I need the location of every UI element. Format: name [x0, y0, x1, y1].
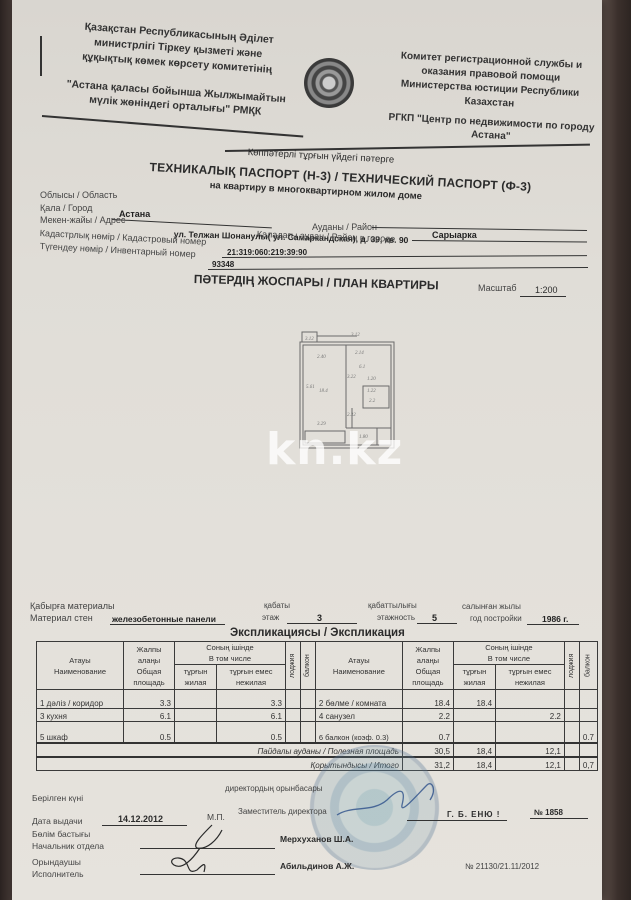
- result-balcony: 0,7: [579, 757, 597, 771]
- useful-balcony: [579, 743, 597, 757]
- row-living: [453, 709, 495, 722]
- row-loggia: [564, 709, 579, 722]
- year-label-ru: год постройки: [470, 614, 522, 623]
- city-underline: [112, 219, 272, 228]
- col-incl-header: Соның ішінде В том числе: [175, 642, 286, 665]
- technical-passport-document: Қазақстан Республикасының Әділет министр…: [12, 0, 602, 900]
- plan-annotation: 5.61: [306, 385, 315, 390]
- useful-nonliving: 12,1: [496, 743, 565, 757]
- row-balcony: [300, 722, 315, 744]
- scale-underline: [520, 296, 566, 297]
- executor-label-kz: Орындаушы: [32, 857, 81, 867]
- signature-icon: [152, 820, 242, 880]
- row-name: 3 кухня: [37, 709, 124, 722]
- wall-material-label-kz: Қабырға материалы: [30, 601, 114, 611]
- row-name: 6 балкон (коэф. 0.3): [315, 722, 402, 744]
- row-name: 2 бөлме / комната: [315, 690, 402, 709]
- head-name: Мерхуханов Ш.А.: [280, 834, 353, 844]
- stamp-number: № 1858: [534, 808, 563, 817]
- plan-annotation: 3.12: [305, 337, 314, 342]
- col-balcony-header-right: балкон: [579, 642, 597, 690]
- total-row: Қорытындысы / Итого 31,2 18,4 12,1 0,7: [37, 757, 598, 771]
- col-name-header-right: Атауы Наименование: [315, 642, 402, 690]
- row-loggia: [285, 722, 300, 744]
- year-label-kz: салынған жылы: [462, 602, 521, 611]
- row-nonliving: [496, 722, 565, 744]
- row-loggia: [564, 690, 579, 709]
- col-balcony-header: балкон: [300, 642, 315, 690]
- issued-label-ru: Дата выдачи: [32, 816, 83, 826]
- plan-annotation: 6.1: [359, 365, 365, 370]
- city-district-underline: [412, 240, 587, 243]
- floors-label-kz: қабаттылығы: [368, 601, 417, 610]
- col-incl-header-right: Соның ішінде В том числе: [453, 642, 564, 665]
- inventory-value: 93348: [212, 260, 234, 269]
- header-kz-center: "Астана қаласы бойынша Жылжымайтын мүлік…: [50, 76, 301, 121]
- row-balcony: [300, 690, 315, 709]
- row-living: [175, 722, 217, 744]
- stamp-number-underline: [530, 818, 588, 819]
- signature-blue-icon: [332, 775, 442, 825]
- plan-annotation: 1.20: [367, 377, 376, 382]
- row-total: 2.2: [402, 709, 453, 722]
- row-nonliving: 2.2: [496, 709, 565, 722]
- table-row: 3 кухня 6.1 6.1 4 санузел 2.2 2.2: [37, 709, 598, 722]
- head-label-ru: Начальник отдела: [32, 841, 104, 851]
- row-total: 18.4: [402, 690, 453, 709]
- useful-loggia: [564, 743, 579, 757]
- deputy-director-text: Заместитель директора: [238, 807, 327, 816]
- scale-value: 1:200: [535, 285, 558, 295]
- wall-material-value: железобетонные панели: [112, 614, 216, 624]
- plan-annotation: 2.40: [317, 355, 326, 360]
- row-total: 3.3: [124, 690, 175, 709]
- issued-label-kz: Берілген күні: [32, 793, 83, 803]
- state-emblem-icon: [304, 58, 354, 108]
- wall-material-label-ru: Материал стен: [30, 613, 93, 623]
- plan-title: ПӘТЕРДІҢ ЖОСПАРЫ / ПЛАН КВАРТИРЫ: [194, 272, 439, 292]
- document-number: № 21130/21.11/2012: [465, 862, 539, 871]
- header-vertical-rule: [40, 36, 42, 76]
- floors-value: 5: [432, 613, 437, 623]
- header-ru-organization: Комитет регистрационной службы и оказани…: [369, 48, 612, 116]
- table-row: 1 дәліз / коридор 3.3 3.3 2 бөлме / комн…: [37, 690, 598, 709]
- floor-label-ru: этаж: [262, 613, 279, 622]
- floors-underline: [417, 623, 457, 624]
- row-balcony: [300, 709, 315, 722]
- floor-underline: [287, 623, 357, 624]
- row-total: 6.1: [124, 709, 175, 722]
- year-value: 1986 г.: [542, 614, 568, 624]
- row-name: 1 дәліз / коридор: [37, 690, 124, 709]
- year-underline: [527, 624, 579, 625]
- col-loggia-header: лоджия: [285, 642, 300, 690]
- wall-material-underline: [110, 624, 225, 625]
- plan-annotation: 1.22: [367, 389, 376, 394]
- director-text: директордың орынбасары: [225, 784, 323, 793]
- explication-table: Атауы Наименование Жалпы алаңы Общая пло…: [36, 641, 598, 771]
- region-label: Облысы / Область: [40, 190, 117, 200]
- col-nonliving-header: тұрғын емес нежилая: [217, 665, 286, 690]
- header-kz-organization: Қазақстан Республикасының Әділет министр…: [57, 18, 300, 80]
- row-name: 4 санузел: [315, 709, 402, 722]
- kn-kz-watermark: kn.kz: [266, 424, 403, 475]
- row-balcony: 0.7: [579, 722, 597, 744]
- plan-annotation: 2.32: [347, 413, 356, 418]
- stamp-text: Г. Б. ЕНЮ !: [447, 810, 500, 819]
- district-underline: [372, 227, 587, 231]
- plan-annotation: 18.4: [319, 389, 328, 394]
- col-loggia-header-right: лоджия: [564, 642, 579, 690]
- col-name-header: Атауы Наименование: [37, 642, 124, 690]
- inventory-underline: [208, 267, 588, 270]
- row-total: 0.7: [402, 722, 453, 744]
- head-label-kz: Бөлім бастығы: [32, 829, 90, 839]
- row-nonliving: 3.3: [217, 690, 286, 709]
- address-label: Мекен-жайы / Адрес: [40, 215, 125, 225]
- row-nonliving: 6.1: [217, 709, 286, 722]
- col-total-header: Жалпы алаңы Общая площадь: [124, 642, 175, 690]
- floor-value: 3: [317, 613, 322, 623]
- row-living: 18.4: [453, 690, 495, 709]
- scale-label: Масштаб: [478, 283, 517, 293]
- floor-label-kz: қабаты: [264, 601, 290, 610]
- plan-annotation: 2.2: [369, 399, 376, 404]
- table-row: 5 шкаф 0.5 0.5 6 балкон (коэф. 0.3) 0.7 …: [37, 722, 598, 744]
- row-living: [175, 709, 217, 722]
- row-loggia: [285, 690, 300, 709]
- row-loggia: [564, 722, 579, 744]
- row-nonliving: 0.5: [217, 722, 286, 744]
- floors-label-ru: этажность: [377, 613, 415, 622]
- col-living-header-right: тұрғын жилая: [453, 665, 495, 690]
- plan-annotation: 2.14: [355, 351, 364, 356]
- result-loggia: [564, 757, 579, 771]
- executor-name: Абильдинов А.Ж.: [280, 861, 354, 871]
- row-living: [453, 722, 495, 744]
- row-nonliving: [496, 690, 565, 709]
- city-label: Қала / Город: [40, 203, 92, 213]
- result-nonliving: 12,1: [496, 757, 565, 771]
- row-balcony: [579, 709, 597, 722]
- table-header-row: Атауы Наименование Жалпы алаңы Общая пло…: [37, 642, 598, 665]
- plan-annotation: 3.22: [347, 375, 356, 380]
- header-ru-center: РГКП "Центр по недвижимости по городу Ас…: [371, 110, 612, 149]
- useful-living: 18,4: [453, 743, 495, 757]
- executor-label-ru: Исполнитель: [32, 869, 84, 879]
- row-loggia: [285, 709, 300, 722]
- useful-area-row: Пайдалы ауданы / Полезная площадь 30,5 1…: [37, 743, 598, 757]
- row-name: 5 шкаф: [37, 722, 124, 744]
- city-district-value: Сарыарка: [432, 230, 477, 240]
- row-total: 0.5: [124, 722, 175, 744]
- row-living: [175, 690, 217, 709]
- col-living-header: тұрғын жилая: [175, 665, 217, 690]
- col-total-header-right: Жалпы алаңы Общая площадь: [402, 642, 453, 690]
- plan-annotation: 3.12: [351, 333, 360, 338]
- explication-title: Экспликациясы / Экспликация: [230, 627, 405, 639]
- result-living: 18,4: [453, 757, 495, 771]
- col-nonliving-header-right: тұрғын емес нежилая: [496, 665, 565, 690]
- row-balcony: [579, 690, 597, 709]
